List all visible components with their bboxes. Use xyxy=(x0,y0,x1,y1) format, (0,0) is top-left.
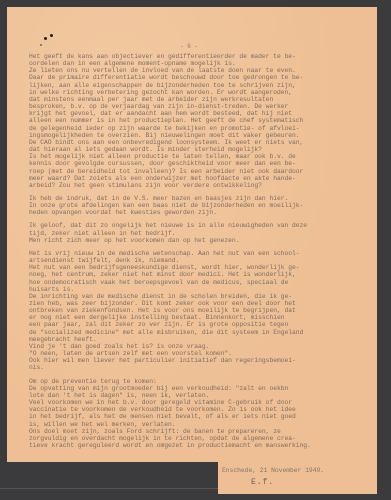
text-line: tieve kracht gereguleerd wordt en omgeze… xyxy=(29,442,347,449)
text-line: In onze grote afdelingen kan een baas ni… xyxy=(29,202,347,209)
text-line: De opvatting van mijn grootmoeder bij ee… xyxy=(29,385,347,392)
text-line: Het nut van een bedrijfsgeneeskundige di… xyxy=(29,264,347,271)
text-line: in welke richting verbetering gezocht ka… xyxy=(29,89,347,96)
document-body: Het geeft de kans aan objectiever en ged… xyxy=(29,53,347,449)
text-line: Daar de primaire differentiatie wordt be… xyxy=(29,74,347,81)
text-line: Het is vrij nieuw in de medische wetensc… xyxy=(29,250,347,257)
text-line: meer waard? Dat zoiets als een onderwijz… xyxy=(29,175,347,182)
text-line: ontbreken van ziekenfondsen. Het is voor… xyxy=(29,307,347,314)
text-line: ingsmogelijkheden te overzien. Bij nieuw… xyxy=(29,132,347,139)
text-line: Is het mogelijk niet alleen productie te… xyxy=(29,153,347,160)
text-line: Vind je 't dan goed zoals het is? is onz… xyxy=(29,343,347,350)
text-line: Om op de preventie terug te komen: xyxy=(29,378,347,385)
text-line: lote dan 't het is dagen" is, neen ik, v… xyxy=(29,392,347,399)
text-line: vaccinatie te voorkomen de verkoudheid t… xyxy=(29,406,347,413)
text-line: Ook hier wil men liever het particulier … xyxy=(29,357,347,364)
text-line: dat minstens eenmaal per jaar met de arb… xyxy=(29,96,347,103)
text-line: tijd, zeker niet alleen in het bedrijf. xyxy=(29,230,347,237)
text-line: Veel voorkomen we in het b.v. door gereg… xyxy=(29,399,347,406)
text-line: heden opvangen voordat het kwesties gewo… xyxy=(29,209,347,216)
text-line: is, willen we het wel merken, verlaten. xyxy=(29,421,347,428)
text-line: De inrichting van de medische dienst in … xyxy=(29,293,347,300)
text-line: hoe ondemocratisch vaak het beroepsgevoe… xyxy=(29,279,347,286)
text-line: er nog niet een dergelijke instelling be… xyxy=(29,314,347,321)
text-line: zien heb, was zeer bijzonder. Dit komt z… xyxy=(29,300,347,307)
text-line: meegebracht heeft. xyxy=(29,336,347,343)
text-line: alleen een nummer is in het productiepla… xyxy=(29,117,347,124)
punch-hole-icon xyxy=(40,44,42,46)
text-line: roep (met de bereidheid tot invalleen)? … xyxy=(29,168,347,175)
signature-initials: E.f. xyxy=(251,478,274,487)
text-line: oordelen dan in een algemene moment-opna… xyxy=(29,60,347,67)
text-line: besproken, b.v. op de verjaardag van zij… xyxy=(29,103,347,110)
text-line: artsendienst twijfelt, denk ik, niemand. xyxy=(29,257,347,264)
text-line: "O neen, laten de artsen zelf met een vo… xyxy=(29,350,347,357)
text-line: de "socialized medicine" met alle misbru… xyxy=(29,329,347,336)
scan-edge-line xyxy=(0,488,218,489)
text-line: De CAO bindt ons aan een onbevredigend l… xyxy=(29,139,347,146)
scan-border xyxy=(0,462,218,500)
text-line: Ons doel moet zijn, zoals Ford schrijft:… xyxy=(29,428,347,435)
text-line: kennis door gevolgde cursussen, door ges… xyxy=(29,160,347,167)
text-line: zorgvuldig en overdacht mogelijk in te r… xyxy=(29,435,347,442)
text-line: een paar jaar, zal dit zeker zo ver zijn… xyxy=(29,321,347,328)
text-line: arbeid? Zou het geen stimulans zijn voor… xyxy=(29,182,347,189)
text-line: Ik geloof, dat dit zo ongelijk het nieuw… xyxy=(29,222,347,229)
punch-hole-icon xyxy=(44,37,47,40)
text-line: Ik heb de indruk, dat in de V.S. meer ba… xyxy=(29,195,347,202)
text-line: dat hieraan al iets gedaan wordt. Is min… xyxy=(29,146,347,153)
text-line: Ze lieten ons nu vertellen de invloed va… xyxy=(29,67,347,74)
text-line: huisarts is. xyxy=(29,286,347,293)
text-line: noeg, het centrum, zeker niet het minst … xyxy=(29,271,347,278)
place-date: Enschede, 21 November 1949. xyxy=(222,467,324,474)
punch-hole-icon xyxy=(50,34,53,37)
page-number: - 6 - xyxy=(180,43,198,50)
text-line: krijgt het gevoel, dat er aandacht aan h… xyxy=(29,110,347,117)
text-line: in het bedrijf, als het de mensen niet b… xyxy=(29,413,347,420)
text-line: Het geeft de kans aan objectiever en ged… xyxy=(29,53,347,60)
text-line: nis. xyxy=(29,364,347,371)
text-line: de gelegenheid ieder op zijn waarde te b… xyxy=(29,125,347,132)
text-line: Men richt zich meer op het voorkomen dan… xyxy=(29,237,347,244)
text-line: lijken, aan alle eigenschappen de bijzon… xyxy=(29,82,347,89)
